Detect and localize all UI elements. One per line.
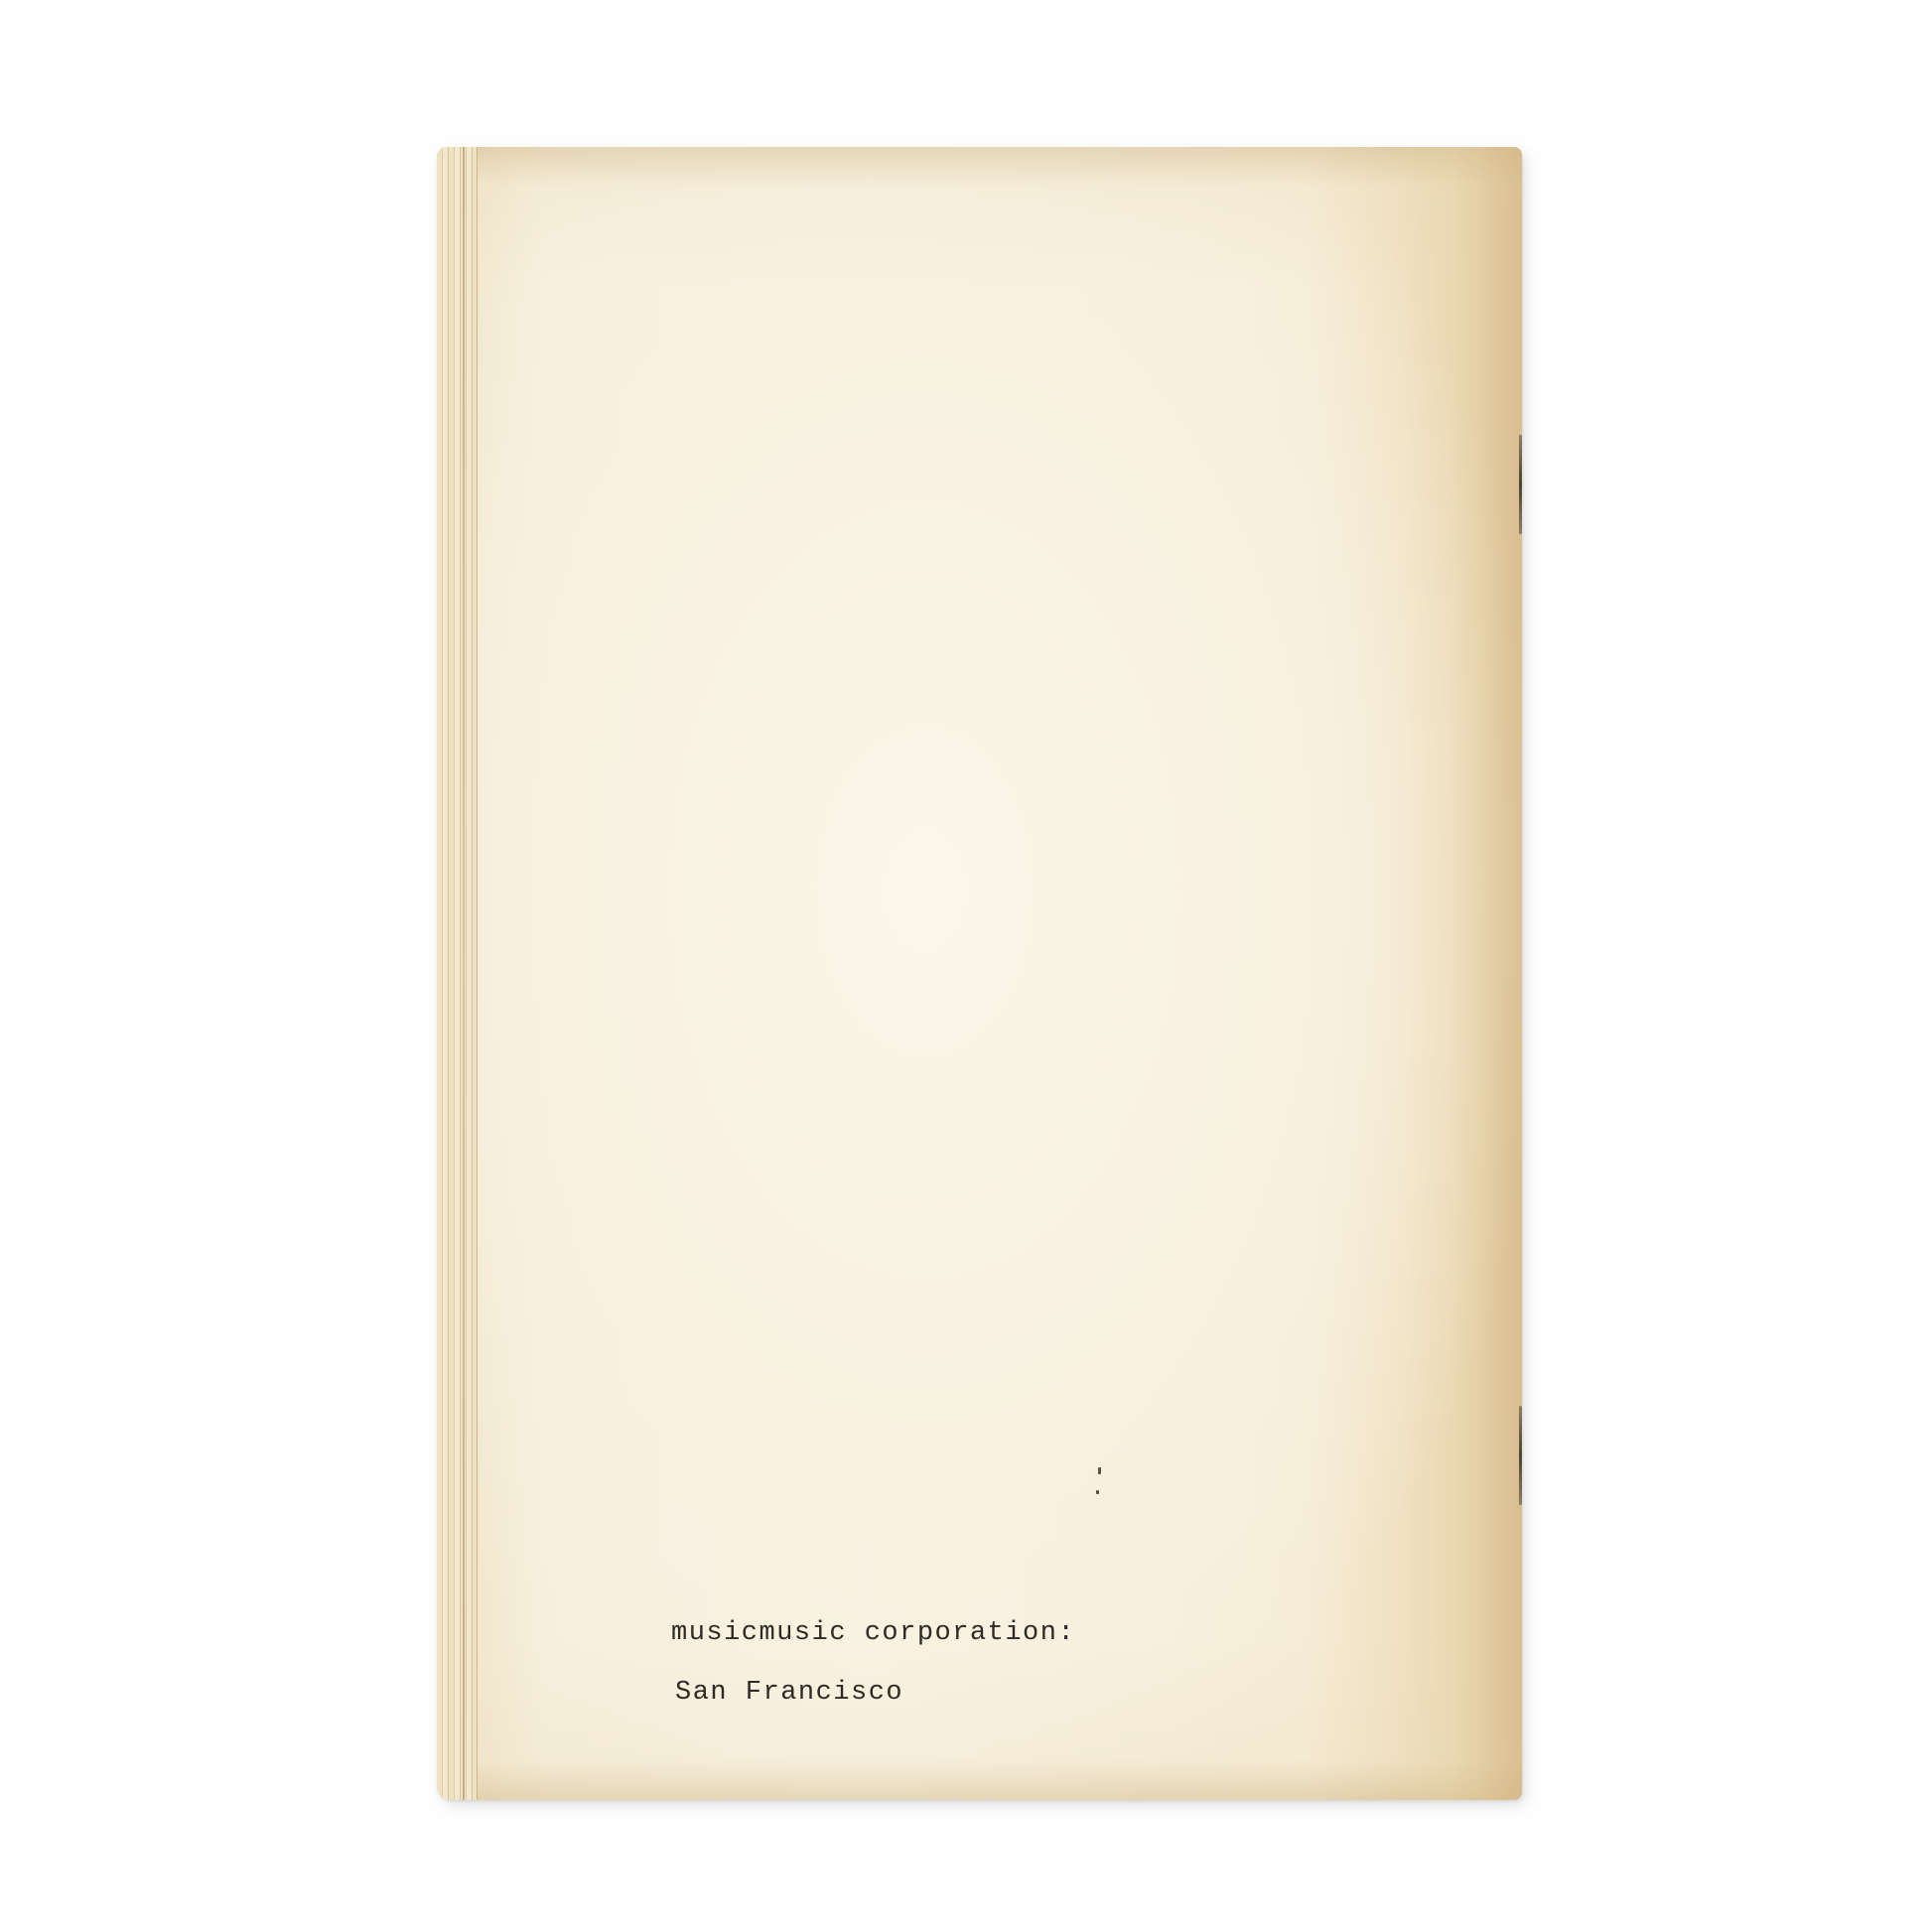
booklet-back-cover: musicmusic corporation: San Francisco	[437, 147, 1522, 1800]
spine-fold-line	[463, 147, 465, 1800]
publisher-imprint: musicmusic corporation: San Francisco	[671, 1618, 1075, 1708]
paper-speck	[1098, 1467, 1101, 1474]
staple-top	[1519, 435, 1522, 534]
staple-bottom	[1519, 1406, 1522, 1505]
page-edges-spine	[437, 147, 478, 1800]
publisher-name: musicmusic corporation:	[671, 1618, 1075, 1648]
publisher-city: San Francisco	[671, 1678, 1075, 1708]
paper-speck	[1096, 1490, 1099, 1494]
photo-stage: musicmusic corporation: San Francisco	[0, 0, 1932, 1932]
